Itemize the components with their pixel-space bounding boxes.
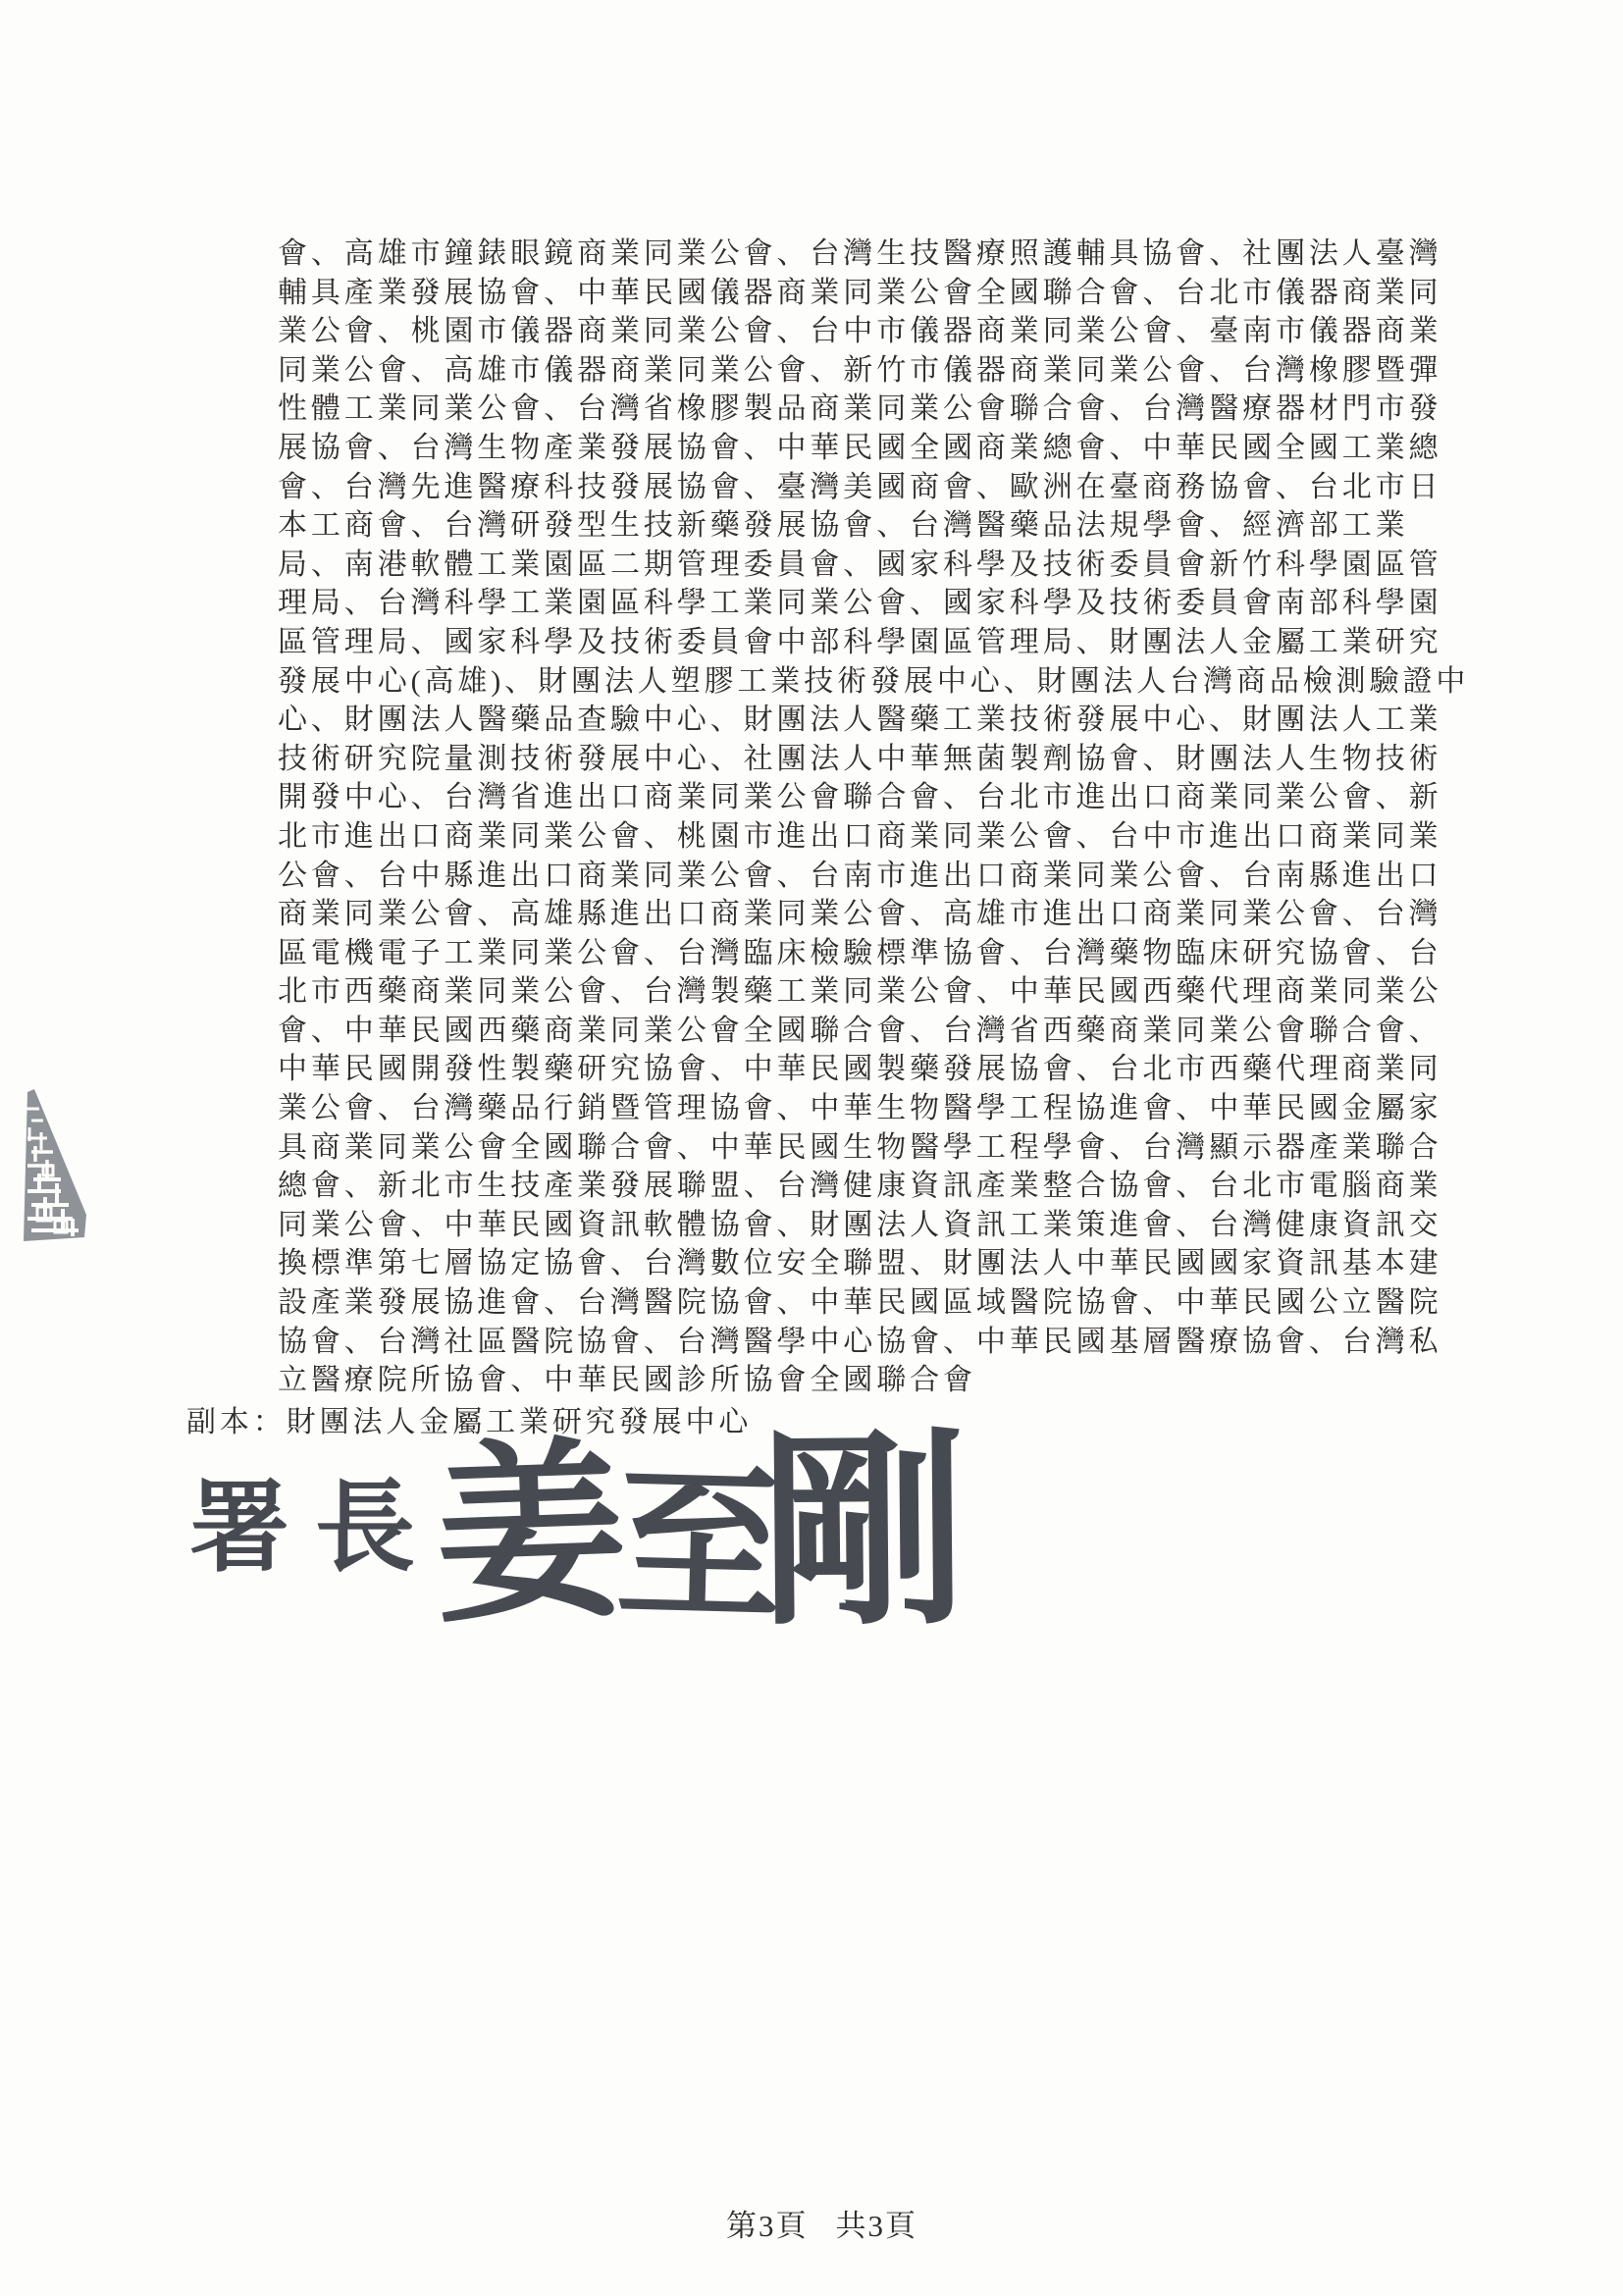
partial-seal-stamp-icon	[18, 1081, 128, 1254]
recipient-list-line: 展協會、台灣生物產業發展協會、中華民國全國商業總會、中華民國全國工業總	[278, 429, 1475, 468]
cc-value: 財團法人金屬工業研究發展中心	[287, 1406, 753, 1438]
signature-name-char: 姜	[432, 1437, 631, 1637]
recipient-list-line: 協會、台灣社區醫院協會、台灣醫學中心協會、中華民國基層醫療協會、台灣私	[278, 1323, 1475, 1362]
recipient-list-line: 具商業同業公會全國聯合會、中華民國生物醫學工程學會、台灣顯示器產業聯合	[278, 1128, 1475, 1168]
document-page: 會、高雄市鐘錶眼鏡商業同業公會、台灣生技醫療照護輔具協會、社團法人臺灣 輔具產業…	[0, 0, 1623, 2296]
recipient-list-line: 會、高雄市鐘錶眼鏡商業同業公會、台灣生技醫療照護輔具協會、社團法人臺灣	[278, 235, 1475, 274]
recipient-list-line: 同業公會、中華民國資訊軟體協會、財團法人資訊工業策進會、台灣健康資訊交	[278, 1206, 1475, 1245]
recipient-list-line: 心、財團法人醫藥品查驗中心、財團法人醫藥工業技術發展中心、財團法人工業	[278, 701, 1475, 740]
recipient-list-line: 區電機電子工業同業公會、台灣臨床檢驗標準協會、台灣藥物臨床研究協會、台	[278, 934, 1475, 973]
signature-title: 署長	[189, 1480, 441, 1580]
recipient-list-line: 輔具產業發展協會、中華民國儀器商業同業公會全國聯合會、台北市儀器商業同	[278, 274, 1475, 313]
signature-name-char: 剛	[759, 1430, 969, 1640]
recipient-list-line: 技術研究院量測技術發展中心、社團法人中華無菌製劑協會、財團法人生物技術	[278, 740, 1475, 779]
recipient-list-line: 性體工業同業公會、台灣省橡膠製品商業同業公會聯合會、台灣醫療器材門市發	[278, 390, 1475, 429]
recipient-list: 會、高雄市鐘錶眼鏡商業同業公會、台灣生技醫療照護輔具協會、社團法人臺灣 輔具產業…	[278, 235, 1475, 1400]
cc-label: 副本：	[186, 1406, 287, 1438]
recipient-list-line: 立醫療院所協會、中華民國診所協會全國聯合會	[278, 1361, 1475, 1400]
recipient-list-line: 設產業發展協進會、台灣醫院協會、中華民國區域醫院協會、中華民國公立醫院	[278, 1283, 1475, 1323]
recipient-list-line: 發展中心(高雄)、財團法人塑膠工業技術發展中心、財團法人台灣商品檢測驗證中	[278, 662, 1475, 702]
recipient-list-line: 會、中華民國西藥商業同業公會全國聯合會、台灣省西藥商業同業公會聯合會、	[278, 1012, 1475, 1051]
recipient-list-line: 總會、新北市生技產業發展聯盟、台灣健康資訊產業整合協會、台北市電腦商業	[278, 1167, 1475, 1206]
signature-name-char: 至	[614, 1464, 783, 1633]
recipient-list-line: 公會、台中縣進出口商業同業公會、台南市進出口商業同業公會、台南縣進出口	[278, 857, 1475, 896]
recipient-list-line: 會、台灣先進醫療科技發展協會、臺灣美國商會、歐洲在臺商務協會、台北市日	[278, 468, 1475, 507]
recipient-list-line: 理局、台灣科學工業園區科學工業同業公會、國家科學及技術委員會南部科學園	[278, 584, 1475, 623]
recipient-list-line: 業公會、台灣藥品行銷暨管理協會、中華生物醫學工程協進會、中華民國金屬家	[278, 1089, 1475, 1128]
page-total: 共3頁	[836, 2209, 918, 2243]
page-number: 第3頁	[726, 2209, 809, 2243]
recipient-list-line: 商業同業公會、高雄縣進出口商業同業公會、高雄市進出口商業同業公會、台灣	[278, 895, 1475, 934]
recipient-list-line: 區管理局、國家科學及技術委員會中部科學園區管理局、財團法人金屬工業研究	[278, 623, 1475, 662]
recipient-list-line: 局、南港軟體工業園區二期管理委員會、國家科學及技術委員會新竹科學園區管	[278, 546, 1475, 585]
cc-line: 副本：財團法人金屬工業研究發展中心	[186, 1403, 752, 1442]
recipient-list-line: 換標準第七層協定協會、台灣數位安全聯盟、財團法人中華民國國家資訊基本建	[278, 1244, 1475, 1283]
recipient-list-line: 業公會、桃園市儀器商業同業公會、台中市儀器商業同業公會、臺南市儀器商業	[278, 312, 1475, 351]
recipient-list-line: 同業公會、高雄市儀器商業同業公會、新竹市儀器商業同業公會、台灣橡膠暨彈	[278, 351, 1475, 391]
recipient-list-line: 中華民國開發性製藥研究協會、中華民國製藥發展協會、台北市西藥代理商業同	[278, 1050, 1475, 1089]
page-footer: 第3頁共3頁	[726, 2208, 917, 2244]
recipient-list-line: 北市進出口商業同業公會、桃園市進出口商業同業公會、台中市進出口商業同業	[278, 817, 1475, 857]
seal-fragment-graphic	[18, 1081, 128, 1254]
recipient-list-line: 北市西藥商業同業公會、台灣製藥工業同業公會、中華民國西藥代理商業同業公	[278, 972, 1475, 1012]
recipient-list-line: 本工商會、台灣研發型生技新藥發展協會、台灣醫藥品法規學會、經濟部工業	[278, 506, 1475, 546]
recipient-list-line: 開發中心、台灣省進出口商業同業公會聯合會、台北市進出口商業同業公會、新	[278, 778, 1475, 817]
